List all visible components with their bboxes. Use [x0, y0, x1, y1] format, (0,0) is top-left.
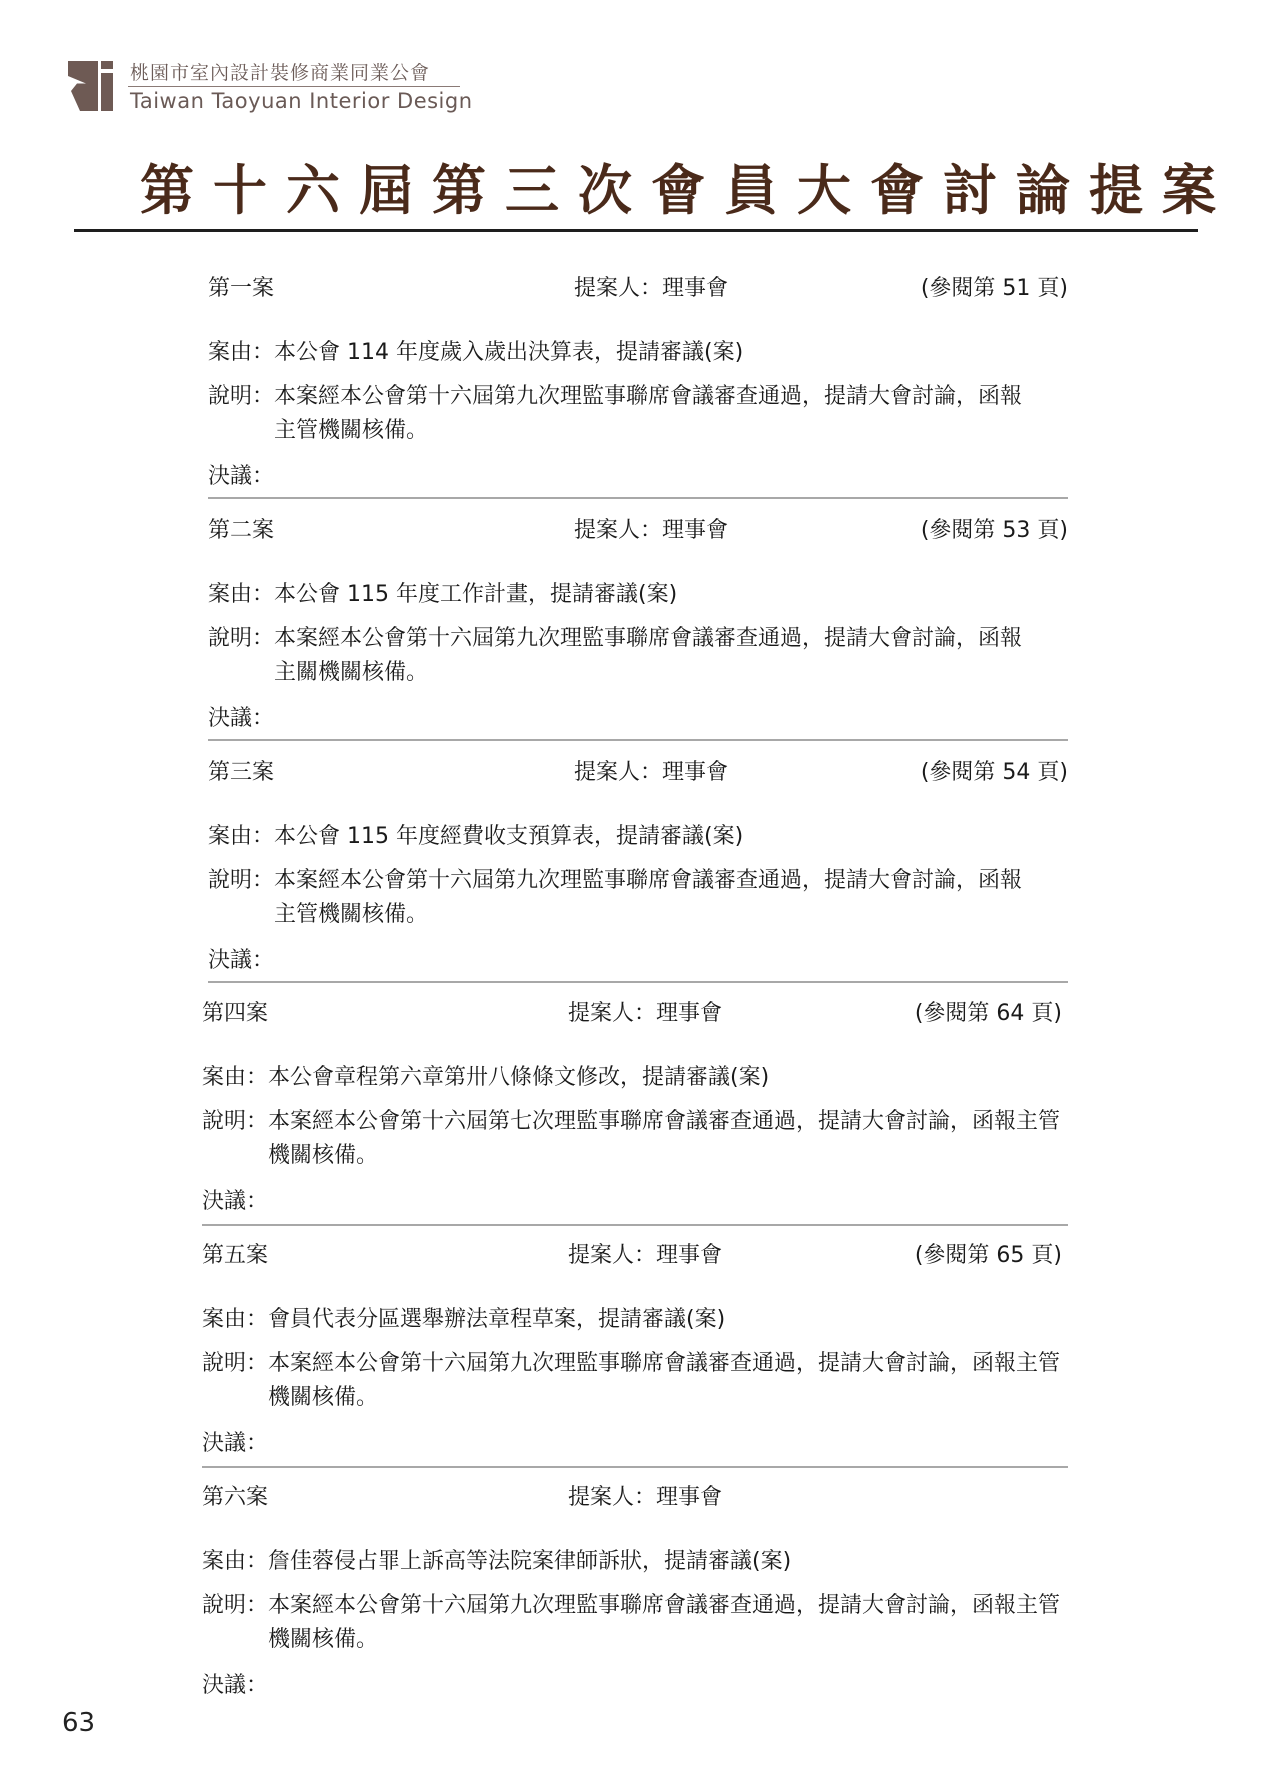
case-page-reference: (參閱第 54 頁) [921, 762, 1068, 784]
case-4: 第四案 提案人：理事會 (參閱第 64 頁) 案由： 本公會章程第六章第卅八條條… [202, 1003, 1062, 1219]
org-name-chinese: 桃園市室內設計裝修商業同業公會 [130, 58, 430, 85]
case-explanation: 說明： 本案經本公會第十六屆第九次理監事聯席會議審查通過，提請大會討論，函報主關… [208, 622, 1068, 690]
explanation-label: 說明： [202, 1589, 268, 1657]
case-header: 第六案 提案人：理事會 [202, 1487, 1062, 1517]
case-header: 第五案 提案人：理事會 (參閱第 65 頁) [202, 1245, 1062, 1275]
explanation-text: 本案經本公會第十六屆第七次理監事聯席會議審查通過，提請大會討論，函報主管機關核備… [268, 1105, 1062, 1173]
case-proposer: 提案人：理事會 [568, 1487, 722, 1509]
case-header: 第二案 提案人：理事會 (參閱第 53 頁) [208, 520, 1068, 550]
explanation-text: 本案經本公會第十六屆第九次理監事聯席會議審查通過，提請大會討論，函報主管機關核備… [268, 1589, 1062, 1657]
case-explanation: 說明： 本案經本公會第十六屆第九次理監事聯席會議審查通過，提請大會討論，函報主管… [208, 864, 1068, 932]
case-reason: 案由： 詹佳蓉侵占罪上訴高等法院案律師訴狀，提請審議(案) [202, 1545, 1062, 1579]
reason-text: 本公會章程第六章第卅八條條文修改，提請審議(案) [268, 1061, 1062, 1095]
case-proposer: 提案人：理事會 [574, 762, 728, 784]
case-resolution: 決議： [208, 460, 1068, 494]
explanation-label: 說明： [208, 380, 274, 448]
resolution-text [268, 1427, 1062, 1461]
reason-label: 案由： [208, 820, 274, 854]
reason-text: 本公會 115 年度經費收支預算表，提請審議(案) [274, 820, 1068, 854]
case-page-reference: (參閱第 65 頁) [915, 1245, 1062, 1267]
resolution-text [268, 1185, 1062, 1219]
case-resolution: 決議： [208, 944, 1068, 978]
logo-mark-dot [101, 61, 113, 69]
case-divider [202, 1224, 1068, 1226]
case-header: 第三案 提案人：理事會 (參閱第 54 頁) [208, 762, 1068, 792]
case-divider [208, 497, 1068, 499]
resolution-text [274, 944, 1068, 978]
case-proposer: 提案人：理事會 [568, 1003, 722, 1025]
logo-mark-stem [101, 73, 113, 111]
case-header: 第四案 提案人：理事會 (參閱第 64 頁) [202, 1003, 1062, 1033]
logo-mark-left [68, 61, 98, 111]
reason-label: 案由： [208, 578, 274, 612]
explanation-text: 本案經本公會第十六屆第九次理監事聯席會議審查通過，提請大會討論，函報主關機關核備… [274, 622, 1024, 690]
case-page-reference: (參閱第 53 頁) [921, 520, 1068, 542]
case-reason: 案由： 會員代表分區選舉辦法章程草案，提請審議(案) [202, 1303, 1062, 1337]
reason-text: 詹佳蓉侵占罪上訴高等法院案律師訴狀，提請審議(案) [268, 1545, 1062, 1579]
case-1: 第一案 提案人：理事會 (參閱第 51 頁) 案由： 本公會 114 年度歲入歲… [208, 278, 1068, 494]
case-resolution: 決議： [202, 1669, 1062, 1703]
org-divider [128, 86, 460, 87]
reason-text: 本公會 114 年度歲入歲出決算表，提請審議(案) [274, 336, 1068, 370]
explanation-text: 本案經本公會第十六屆第九次理監事聯席會議審查通過，提請大會討論，函報主管機關核備… [274, 380, 1024, 448]
case-reason: 案由： 本公會 115 年度經費收支預算表，提請審議(案) [208, 820, 1068, 854]
explanation-text: 本案經本公會第十六屆第九次理監事聯席會議審查通過，提請大會討論，函報主管機關核備… [268, 1347, 1062, 1415]
resolution-label: 決議： [208, 944, 274, 978]
explanation-label: 說明： [202, 1105, 268, 1173]
page-number: 63 [62, 1708, 95, 1738]
case-5: 第五案 提案人：理事會 (參閱第 65 頁) 案由： 會員代表分區選舉辦法章程草… [202, 1245, 1062, 1461]
reason-text: 會員代表分區選舉辦法章程草案，提請審議(案) [268, 1303, 1062, 1337]
case-3: 第三案 提案人：理事會 (參閱第 54 頁) 案由： 本公會 115 年度經費收… [208, 762, 1068, 978]
case-number: 第一案 [208, 278, 274, 300]
case-reason: 案由： 本公會章程第六章第卅八條條文修改，提請審議(案) [202, 1061, 1062, 1095]
reason-label: 案由： [202, 1303, 268, 1337]
case-page-reference: (參閱第 51 頁) [921, 278, 1068, 300]
org-name-english: Taiwan Taoyuan Interior Design [130, 89, 473, 113]
case-divider [208, 981, 1068, 983]
resolution-label: 決議： [208, 702, 274, 736]
case-reason: 案由： 本公會 115 年度工作計畫，提請審議(案) [208, 578, 1068, 612]
case-header: 第一案 提案人：理事會 (參閱第 51 頁) [208, 278, 1068, 308]
case-divider [202, 1466, 1068, 1468]
resolution-text [268, 1669, 1062, 1703]
case-6: 第六案 提案人：理事會 案由： 詹佳蓉侵占罪上訴高等法院案律師訴狀，提請審議(案… [202, 1487, 1062, 1703]
explanation-text: 本案經本公會第十六屆第九次理監事聯席會議審查通過，提請大會討論，函報主管機關核備… [274, 864, 1024, 932]
case-2: 第二案 提案人：理事會 (參閱第 53 頁) 案由： 本公會 115 年度工作計… [208, 520, 1068, 736]
resolution-label: 決議： [202, 1427, 268, 1461]
case-number: 第三案 [208, 762, 274, 784]
case-explanation: 說明： 本案經本公會第十六屆第九次理監事聯席會議審查通過，提請大會討論，函報主管… [202, 1589, 1062, 1657]
explanation-label: 說明： [202, 1347, 268, 1415]
association-logo-icon [68, 55, 120, 111]
reason-label: 案由： [208, 336, 274, 370]
case-explanation: 說明： 本案經本公會第十六屆第七次理監事聯席會議審查通過，提請大會討論，函報主管… [202, 1105, 1062, 1173]
case-divider [208, 739, 1068, 741]
case-number: 第五案 [202, 1245, 268, 1267]
case-proposer: 提案人：理事會 [574, 278, 728, 300]
case-page-reference: (參閱第 64 頁) [915, 1003, 1062, 1025]
reason-label: 案由： [202, 1545, 268, 1579]
resolution-text [274, 460, 1068, 494]
case-resolution: 決議： [202, 1427, 1062, 1461]
resolution-label: 決議： [202, 1669, 268, 1703]
explanation-label: 說明： [208, 622, 274, 690]
page-title: 第十六屆第三次會員大會討論提案 [140, 148, 1140, 225]
case-reason: 案由： 本公會 114 年度歲入歲出決算表，提請審議(案) [208, 336, 1068, 370]
case-explanation: 說明： 本案經本公會第十六屆第九次理監事聯席會議審查通過，提請大會討論，函報主管… [208, 380, 1068, 448]
resolution-text [274, 702, 1068, 736]
case-resolution: 決議： [202, 1185, 1062, 1219]
resolution-label: 決議： [202, 1185, 268, 1219]
case-number: 第四案 [202, 1003, 268, 1025]
reason-label: 案由： [202, 1061, 268, 1095]
case-proposer: 提案人：理事會 [568, 1245, 722, 1267]
title-divider [74, 229, 1198, 232]
case-resolution: 決議： [208, 702, 1068, 736]
explanation-label: 說明： [208, 864, 274, 932]
reason-text: 本公會 115 年度工作計畫，提請審議(案) [274, 578, 1068, 612]
case-proposer: 提案人：理事會 [574, 520, 728, 542]
case-number: 第二案 [208, 520, 274, 542]
resolution-label: 決議： [208, 460, 274, 494]
case-number: 第六案 [202, 1487, 268, 1509]
case-explanation: 說明： 本案經本公會第十六屆第九次理監事聯席會議審查通過，提請大會討論，函報主管… [202, 1347, 1062, 1415]
